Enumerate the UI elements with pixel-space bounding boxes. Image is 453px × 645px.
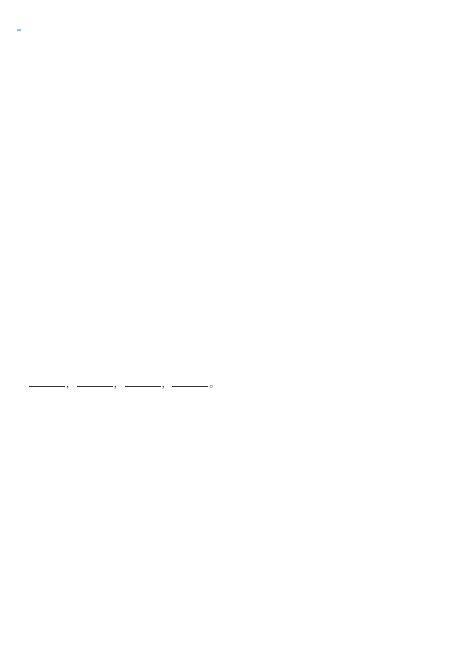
title-row <box>17 16 19 35</box>
q3-lead: ，，，。 <box>28 376 219 392</box>
q3-blank-1 <box>29 376 65 387</box>
q3-blank-4 <box>172 376 208 387</box>
q3-blank-2 <box>77 376 113 387</box>
exam-meta <box>0 46 453 56</box>
exam-title[interactable] <box>17 29 21 31</box>
exam-page: ，，，。 <box>0 0 453 645</box>
q3-blank-3 <box>125 376 161 387</box>
